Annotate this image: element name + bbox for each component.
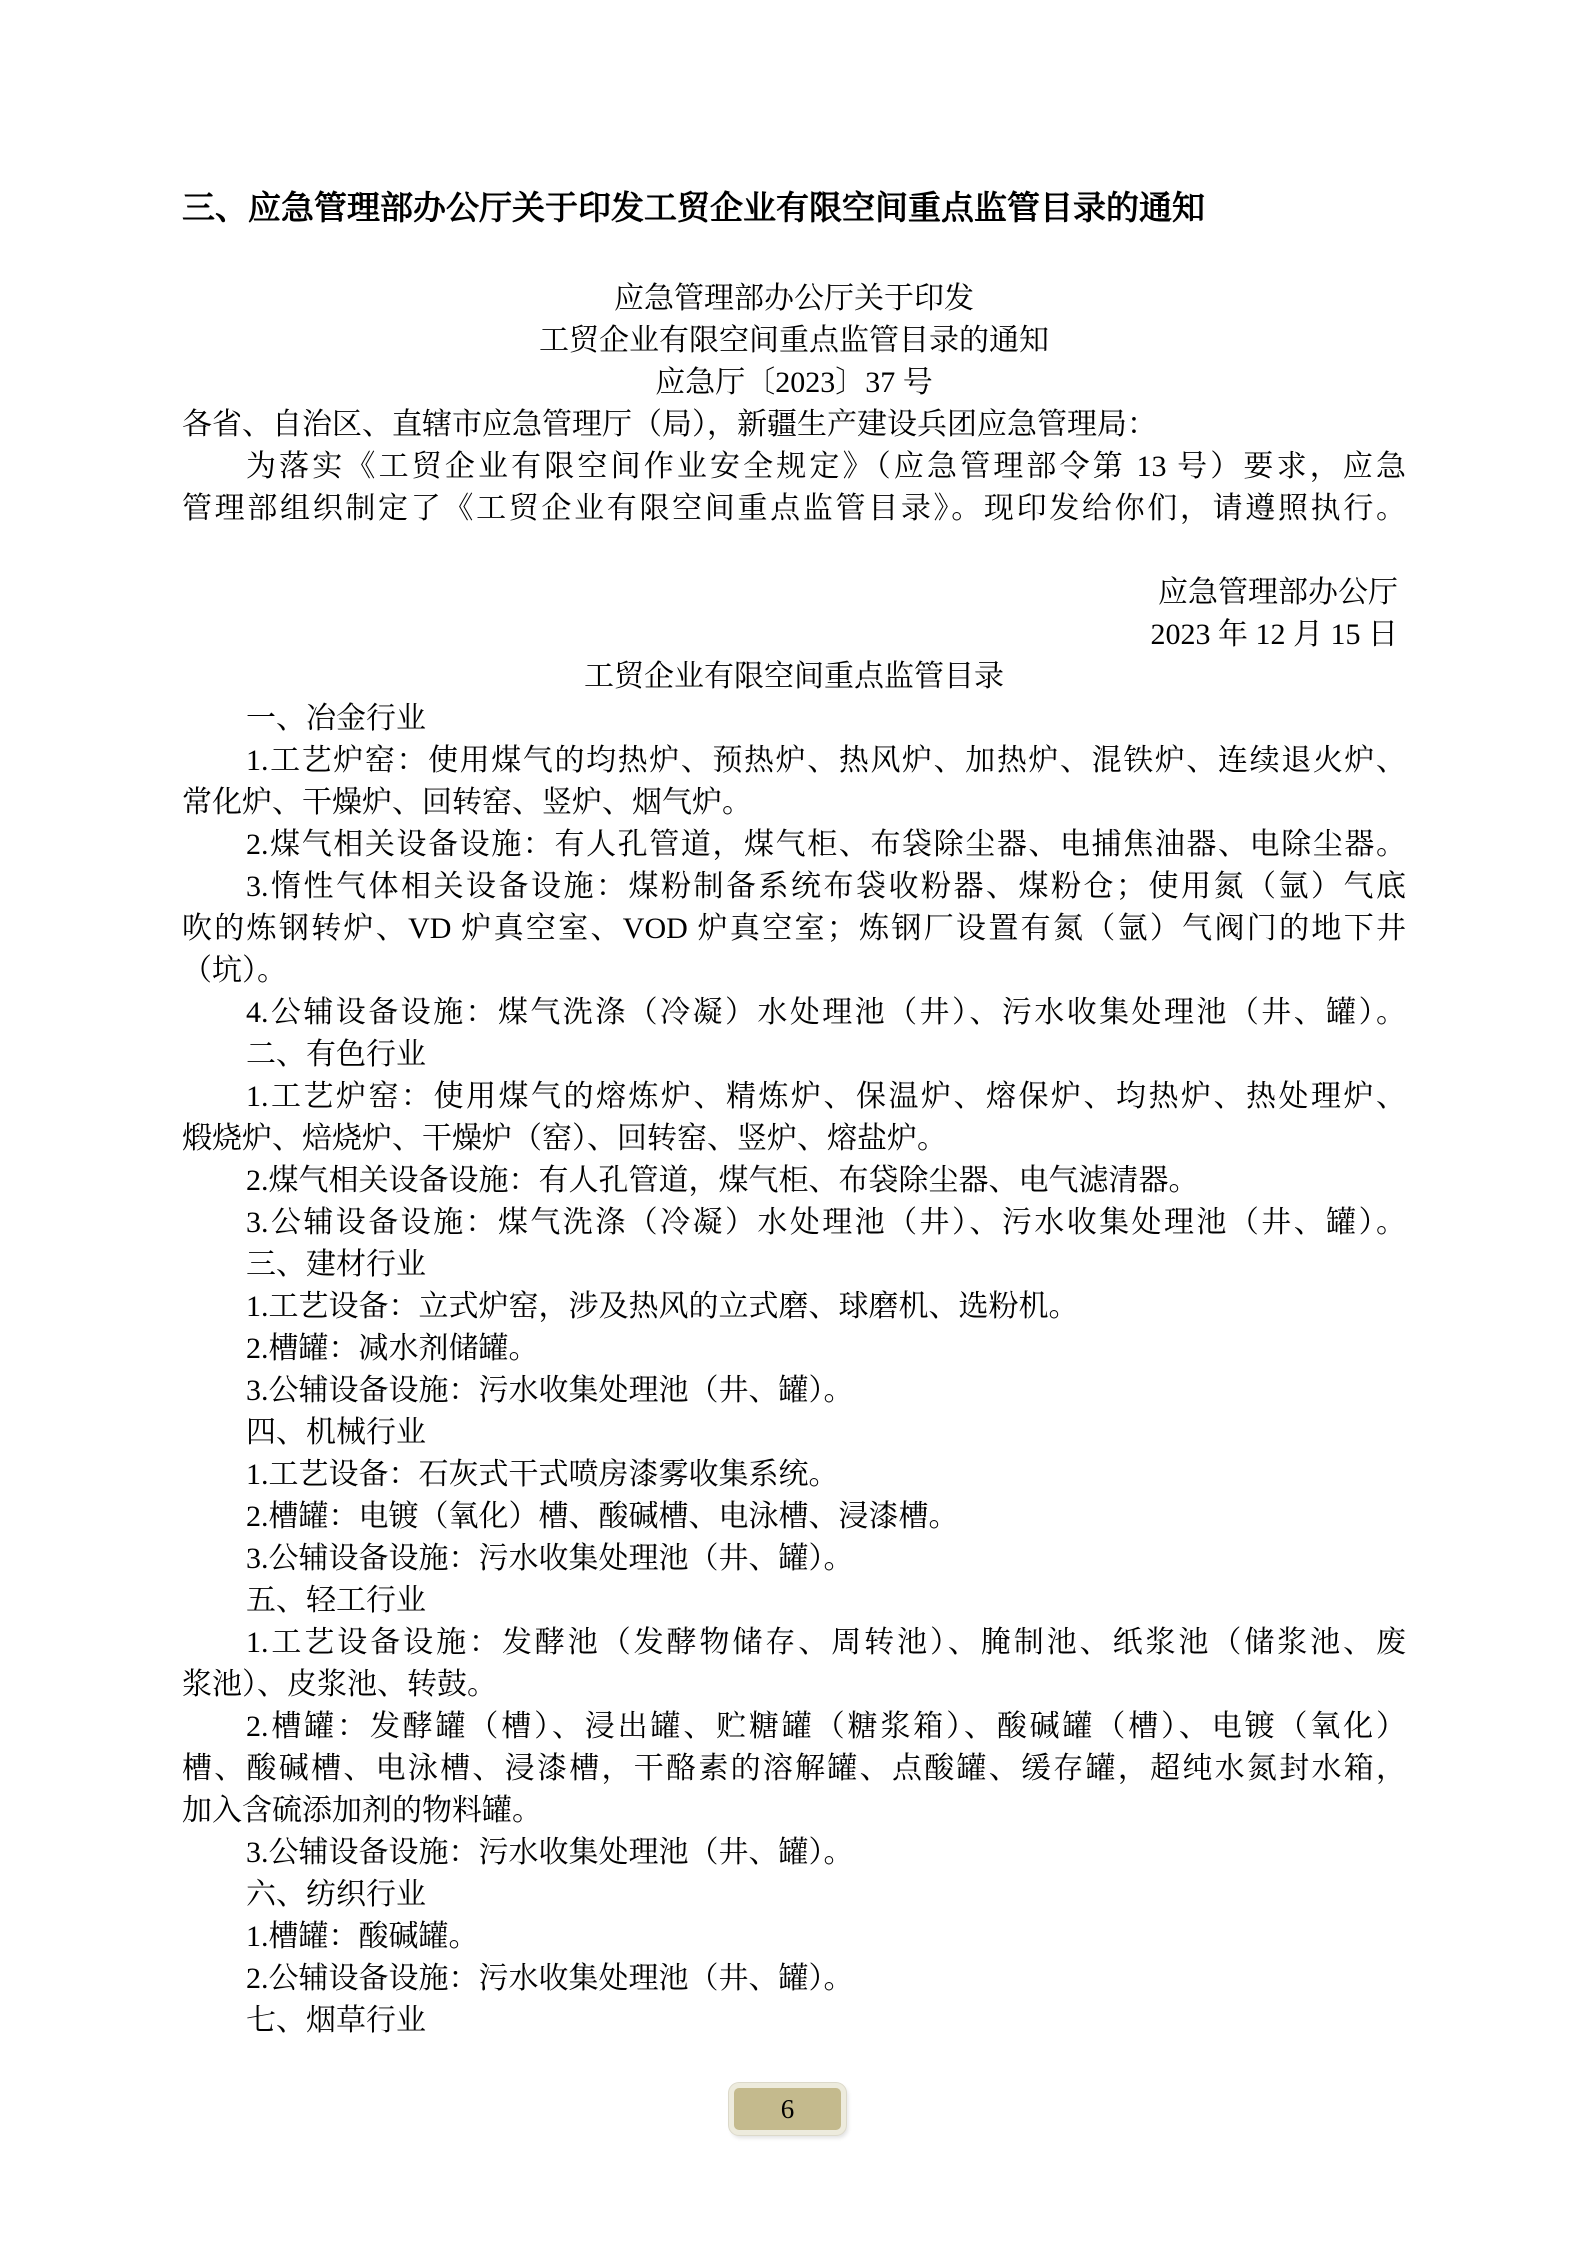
industry-heading-building-materials: 三、建材行业 bbox=[182, 1244, 1406, 1286]
catalog-title-line: 工贸企业有限空间重点监管目录 bbox=[182, 656, 1406, 698]
industry-heading-nonferrous: 二、有色行业 bbox=[182, 1034, 1406, 1076]
body-line: 3.公辅设备设施：污水收集处理池（井、罐）。 bbox=[182, 1832, 1406, 1874]
industry-heading-textile: 六、纺织行业 bbox=[182, 1874, 1406, 1916]
body-line: 3.公辅设备设施：煤气洗涤（冷凝）水处理池（井）、污水收集处理池（井、罐）。 bbox=[182, 1202, 1406, 1244]
date-line: 2023 年 12 月 15 日 bbox=[182, 614, 1406, 656]
notice-title-line-1: 应急管理部办公厅关于印发 bbox=[182, 278, 1406, 320]
body-line: 2.公辅设备设施：污水收集处理池（井、罐）。 bbox=[182, 1958, 1406, 2000]
body-line: 3.公辅设备设施：污水收集处理池（井、罐）。 bbox=[182, 1538, 1406, 1580]
body-line: 2.槽罐：减水剂储罐。 bbox=[182, 1328, 1406, 1370]
body-line: 2.煤气相关设备设施：有人孔管道，煤气柜、布袋除尘器、电捕焦油器、电除尘器。 bbox=[182, 824, 1406, 866]
body-line: 2.煤气相关设备设施：有人孔管道，煤气柜、布袋除尘器、电气滤清器。 bbox=[182, 1160, 1406, 1202]
body-line: 2.槽罐：发酵罐（槽）、浸出罐、贮糖罐（糖浆箱）、酸碱罐（槽）、电镀（氧化） bbox=[182, 1706, 1406, 1748]
body-line: 煅烧炉、焙烧炉、干燥炉（窑）、回转窑、竖炉、熔盐炉。 bbox=[182, 1118, 1406, 1160]
document-page: { "page": { "number": "6", "colors": { "… bbox=[0, 0, 1588, 2257]
body-line: 1.槽罐：酸碱罐。 bbox=[182, 1916, 1406, 1958]
salutation-line: 各省、自治区、直辖市应急管理厅（局），新疆生产建设兵团应急管理局： bbox=[182, 404, 1406, 446]
body-line: 1.工艺炉窑：使用煤气的均热炉、预热炉、热风炉、加热炉、混铁炉、连续退火炉、 bbox=[182, 740, 1406, 782]
page-number: 6 bbox=[781, 2094, 795, 2125]
body-line: （坑）。 bbox=[182, 950, 1406, 992]
industry-heading-metallurgy: 一、冶金行业 bbox=[182, 698, 1406, 740]
body-line: 浆池）、皮浆池、转鼓。 bbox=[182, 1664, 1406, 1706]
body-line: 3.公辅设备设施：污水收集处理池（井、罐）。 bbox=[182, 1370, 1406, 1412]
signature-line: 应急管理部办公厅 bbox=[182, 572, 1406, 614]
notice-title-line-2: 工贸企业有限空间重点监管目录的通知 bbox=[182, 320, 1406, 362]
document-title: 三、应急管理部办公厅关于印发工贸企业有限空间重点监管目录的通知 bbox=[182, 186, 1406, 232]
industry-heading-tobacco: 七、烟草行业 bbox=[182, 2000, 1406, 2042]
blank-line bbox=[182, 530, 1406, 572]
body-line: 3.惰性气体相关设备设施：煤粉制备系统布袋收粉器、煤粉仓；使用氮（氩）气底 bbox=[182, 866, 1406, 908]
body-line: 4.公辅设备设施：煤气洗涤（冷凝）水处理池（井）、污水收集处理池（井、罐）。 bbox=[182, 992, 1406, 1034]
body-line: 常化炉、干燥炉、回转窑、竖炉、烟气炉。 bbox=[182, 782, 1406, 824]
page-number-badge: 6 bbox=[729, 2083, 846, 2135]
body-line: 1.工艺设备设施：发酵池（发酵物储存、周转池）、腌制池、纸浆池（储浆池、废 bbox=[182, 1622, 1406, 1664]
body-line: 吹的炼钢转炉、VD 炉真空室、VOD 炉真空室；炼钢厂设置有氮（氩）气阀门的地下… bbox=[182, 908, 1406, 950]
body-line: 为落实《工贸企业有限空间作业安全规定》（应急管理部令第 13 号）要求，应急 bbox=[182, 446, 1406, 488]
body-line: 管理部组织制定了《工贸企业有限空间重点监管目录》。现印发给你们，请遵照执行。 bbox=[182, 488, 1406, 530]
body-line: 1.工艺炉窑：使用煤气的熔炼炉、精炼炉、保温炉、熔保炉、均热炉、热处理炉、 bbox=[182, 1076, 1406, 1118]
body-line: 槽、酸碱槽、电泳槽、浸漆槽，干酪素的溶解罐、点酸罐、缓存罐，超纯水氮封水箱， bbox=[182, 1748, 1406, 1790]
body-line: 加入含硫添加剂的物料罐。 bbox=[182, 1790, 1406, 1832]
doc-number-line: 应急厅〔2023〕37 号 bbox=[182, 362, 1406, 404]
body-line: 2.槽罐：电镀（氧化）槽、酸碱槽、电泳槽、浸漆槽。 bbox=[182, 1496, 1406, 1538]
industry-heading-machinery: 四、机械行业 bbox=[182, 1412, 1406, 1454]
body-line: 1.工艺设备：立式炉窑，涉及热风的立式磨、球磨机、选粉机。 bbox=[182, 1286, 1406, 1328]
industry-heading-light-industry: 五、轻工行业 bbox=[182, 1580, 1406, 1622]
body-line: 1.工艺设备：石灰式干式喷房漆雾收集系统。 bbox=[182, 1454, 1406, 1496]
document-body: 应急管理部办公厅关于印发 工贸企业有限空间重点监管目录的通知 应急厅〔2023〕… bbox=[182, 278, 1406, 2042]
